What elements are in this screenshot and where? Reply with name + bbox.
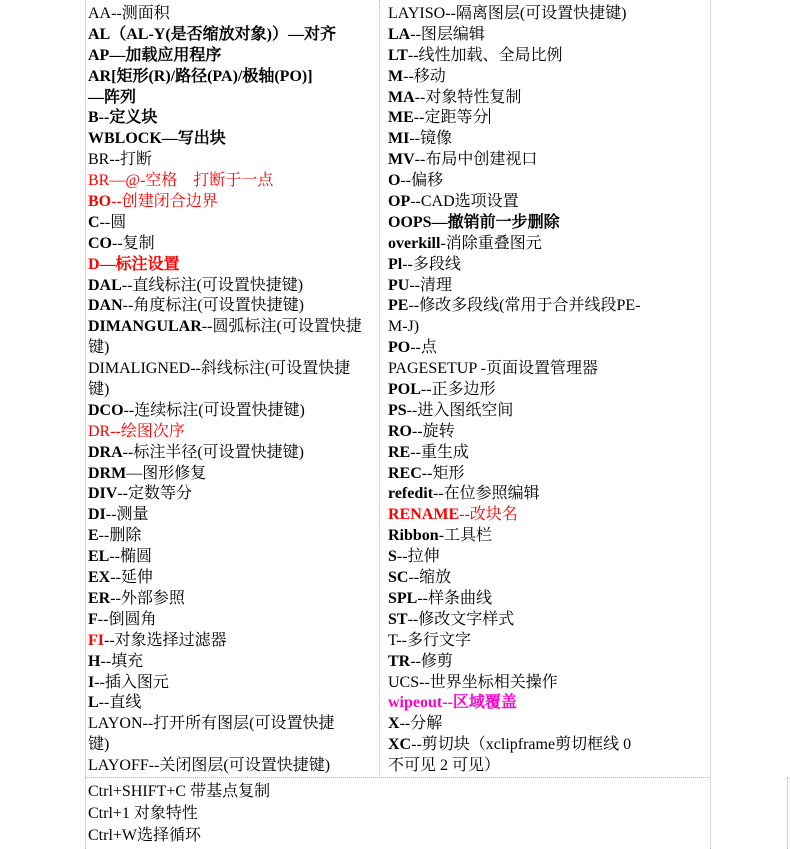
text-line: TR--修剪 xyxy=(388,652,708,673)
text-segment: DRA xyxy=(88,444,123,461)
text-segment: EX xyxy=(88,569,110,586)
table-border-left xyxy=(85,0,86,849)
text-segment: overkill xyxy=(388,235,440,252)
text-segment: --创建闭合边界 xyxy=(111,193,218,210)
text-segment: PE xyxy=(388,297,408,314)
text-segment: OP xyxy=(388,193,410,210)
text-segment: BR—@-空格 打断于一点 xyxy=(88,172,273,189)
text-segment: B xyxy=(88,109,99,126)
text-line: wipeout--区域覆盖 xyxy=(388,693,708,714)
text-line: PE--修改多段线(常用于合并线段PE- xyxy=(388,296,708,317)
text-line: WBLOCK—写出块 xyxy=(88,129,376,150)
text-segment: --测量 xyxy=(106,506,149,523)
text-segment: —图形修复 xyxy=(126,465,206,482)
text-segment: AL（AL-Y(是否缩放对象)）—对齐 xyxy=(88,26,336,43)
text-line: X--分解 xyxy=(388,714,708,735)
text-segment: PAGESETUP -页面设置管理器 xyxy=(388,360,598,377)
table-cell-right-main[interactable]: LAYISO--隔离图层(可设置快捷键)LA--图层编辑LT--线性加载、全局比… xyxy=(388,4,708,777)
text-segment: DIMANGULAR xyxy=(88,318,202,335)
text-segment: MV xyxy=(388,151,415,168)
text-segment: XC xyxy=(388,736,411,753)
text-line: OP--CAD选项设置 xyxy=(388,192,708,213)
text-segment: --圆 xyxy=(100,214,127,231)
text-segment: O xyxy=(388,172,400,189)
text-segment: DAL xyxy=(88,277,122,294)
text-segment: Ribbon xyxy=(388,527,439,544)
text-line: LT--线性加载、全局比例 xyxy=(388,46,708,67)
text-line: XC--剪切块（xclipframe剪切框线 0 xyxy=(388,735,708,756)
text-cursor xyxy=(489,108,490,124)
text-line: CO--复制 xyxy=(88,234,376,255)
text-segment: --删除 xyxy=(99,527,142,544)
text-segment: --CAD选项设置 xyxy=(410,193,518,210)
text-segment: DIMALIGNED--斜线标注(可设置快捷 xyxy=(88,360,350,377)
text-line: H--填充 xyxy=(88,652,376,673)
text-segment: --剪切块（xclipframe剪切框线 0 xyxy=(411,736,631,753)
text-segment: BO xyxy=(88,193,111,210)
text-segment: --直线标注(可设置快捷键) xyxy=(122,277,303,294)
text-line: L--直线 xyxy=(88,693,376,714)
text-segment: --直线 xyxy=(99,694,142,711)
table-border-right xyxy=(710,0,711,849)
table-row-divider xyxy=(85,777,710,778)
text-line: refedit--在位参照编辑 xyxy=(388,484,708,505)
text-segment: —撤销前一步删除 xyxy=(432,214,560,231)
text-segment: BR--打断 xyxy=(88,151,152,168)
text-segment: --进入图纸空间 xyxy=(407,402,514,419)
text-segment: F xyxy=(88,611,98,628)
text-segment: Ctrl+1 对象特性 xyxy=(88,805,198,822)
text-line: MV--布局中创建视口 xyxy=(388,150,708,171)
text-segment: refedit xyxy=(388,485,433,502)
text-line: SPL--样条曲线 xyxy=(388,589,708,610)
text-line: MI--镜像 xyxy=(388,129,708,150)
text-line: ST--修改文字样式 xyxy=(388,610,708,631)
text-line: DCO--连续标注(可设置快捷键) xyxy=(88,401,376,422)
text-line: M-J) xyxy=(388,317,708,338)
text-segment: WBLOCK xyxy=(88,130,162,147)
text-segment: LA xyxy=(388,26,410,43)
text-line: LAYOFF--关闭图层(可设置快捷键) xyxy=(88,756,376,777)
text-segment: --矩形 xyxy=(422,465,465,482)
table-cell-left-bottom[interactable]: Ctrl+SHIFT+C 带基点复制Ctrl+1 对象特性Ctrl+W选择循环 xyxy=(88,781,408,847)
text-segment: RO xyxy=(388,423,412,440)
text-segment: --改块名 xyxy=(459,506,518,523)
text-line: RE--重生成 xyxy=(388,443,708,464)
text-segment: Pl xyxy=(388,256,402,273)
text-segment: --修剪 xyxy=(410,653,453,670)
text-segment: --圆弧标注(可设置快捷 xyxy=(202,318,362,335)
text-segment: --旋转 xyxy=(412,423,455,440)
text-segment: C xyxy=(88,214,100,231)
text-line: DAN--角度标注(可设置快捷键) xyxy=(88,296,376,317)
text-segment: Ctrl+W选择循环 xyxy=(88,827,201,844)
text-line: EX--延伸 xyxy=(88,568,376,589)
text-line: LAYISO--隔离图层(可设置快捷键) xyxy=(388,4,708,25)
text-line: PS--进入图纸空间 xyxy=(388,401,708,422)
text-segment: --标注半径(可设置快捷键) xyxy=(123,444,304,461)
text-segment: --复制 xyxy=(112,235,155,252)
text-segment: --延伸 xyxy=(110,569,153,586)
text-segment: --对象特性复制 xyxy=(415,89,522,106)
text-segment: ER xyxy=(88,590,110,607)
text-segment: AP—加载应用程序 xyxy=(88,47,221,64)
text-segment: --清理 xyxy=(409,277,452,294)
text-segment: —阵列 xyxy=(88,89,136,106)
text-line: C--圆 xyxy=(88,213,376,234)
text-line: Pl--多段线 xyxy=(388,255,708,276)
text-segment: DCO xyxy=(88,402,124,419)
text-line: DI--测量 xyxy=(88,505,376,526)
text-segment: PS xyxy=(388,402,407,419)
text-segment: -消除重叠图元 xyxy=(440,235,541,252)
text-segment: --在位参照编辑 xyxy=(433,485,540,502)
text-segment: REC xyxy=(388,465,422,482)
text-segment: --偏移 xyxy=(400,172,443,189)
text-segment: DRM xyxy=(88,465,126,482)
text-line: 键) xyxy=(88,338,376,359)
text-line: BO--创建闭合边界 xyxy=(88,192,376,213)
text-segment: ST xyxy=(388,611,408,628)
text-segment: --正多边形 xyxy=(421,381,496,398)
text-segment: --线性加载、全局比例 xyxy=(408,47,563,64)
text-segment: wipeout xyxy=(388,694,442,711)
text-line: DRA--标注半径(可设置快捷键) xyxy=(88,443,376,464)
text-line: RO--旋转 xyxy=(388,422,708,443)
text-segment: --点 xyxy=(410,339,437,356)
text-line: E--删除 xyxy=(88,526,376,547)
text-segment: AR[矩形(R)/路径(PA)/极轴(PO)] xyxy=(88,68,313,85)
text-segment: DIV xyxy=(88,485,117,502)
text-segment: SPL xyxy=(388,590,417,607)
text-segment: RENAME xyxy=(388,506,459,523)
text-line: MA--对象特性复制 xyxy=(388,88,708,109)
text-segment: FI xyxy=(88,632,104,649)
text-line: DIMANGULAR--圆弧标注(可设置快捷 xyxy=(88,317,376,338)
text-line: AL（AL-Y(是否缩放对象)）—对齐 xyxy=(88,25,376,46)
text-line: T--多行文字 xyxy=(388,631,708,652)
text-line: BR—@-空格 打断于一点 xyxy=(88,171,376,192)
text-segment: -工具栏 xyxy=(439,527,492,544)
text-segment: MA xyxy=(388,89,415,106)
text-segment: DR--绘图次序 xyxy=(88,423,185,440)
text-line: Ctrl+SHIFT+C 带基点复制 xyxy=(88,781,408,803)
text-line: B--定义块 xyxy=(88,108,376,129)
text-segment: S xyxy=(388,548,397,565)
text-line: BR--打断 xyxy=(88,150,376,171)
text-segment: --椭圆 xyxy=(109,548,152,565)
text-segment: 不可见 2 可见） xyxy=(388,757,500,774)
text-segment: PU xyxy=(388,277,409,294)
text-segment: --连续标注(可设置快捷键) xyxy=(124,402,305,419)
text-line: —阵列 xyxy=(88,88,376,109)
text-line: SC--缩放 xyxy=(388,568,708,589)
text-line: AP—加载应用程序 xyxy=(88,46,376,67)
text-segment: PO xyxy=(388,339,410,356)
text-segment: Ctrl+SHIFT+C 带基点复制 xyxy=(88,783,270,800)
table-cell-left-main[interactable]: AA--测面积AL（AL-Y(是否缩放对象)）—对齐AP—加载应用程序AR[矩形… xyxy=(88,4,376,777)
text-line: I--插入图元 xyxy=(88,673,376,694)
text-segment: --填充 xyxy=(100,653,143,670)
table-border-middle xyxy=(379,0,380,778)
text-segment: --外部参照 xyxy=(110,590,185,607)
text-line: UCS--世界坐标相关操作 xyxy=(388,673,708,694)
text-segment: 键) xyxy=(88,339,109,356)
document-page: AA--测面积AL（AL-Y(是否缩放对象)）—对齐AP—加载应用程序AR[矩形… xyxy=(0,0,790,849)
text-line: PAGESETUP -页面设置管理器 xyxy=(388,359,708,380)
text-segment: LT xyxy=(388,47,408,64)
text-line: DIMALIGNED--斜线标注(可设置快捷 xyxy=(88,359,376,380)
text-line: EL--椭圆 xyxy=(88,547,376,568)
text-segment: RE xyxy=(388,444,410,461)
text-segment: --对象选择过滤器 xyxy=(104,632,227,649)
text-segment: AA--测面积 xyxy=(88,5,170,22)
text-line: LAYON--打开所有图层(可设置快捷 xyxy=(88,714,376,735)
text-segment: --移动 xyxy=(403,68,446,85)
text-line: LA--图层编辑 xyxy=(388,25,708,46)
text-line: O--偏移 xyxy=(388,171,708,192)
text-line: AR[矩形(R)/路径(PA)/极轴(PO)] xyxy=(88,67,376,88)
text-segment: --定义块 xyxy=(99,109,158,126)
text-line: FI--对象选择过滤器 xyxy=(88,631,376,652)
text-segment: --图层编辑 xyxy=(410,26,485,43)
text-segment: --布局中创建视口 xyxy=(415,151,538,168)
text-segment: --多段线 xyxy=(402,256,461,273)
text-line: Ctrl+W选择循环 xyxy=(88,825,408,847)
text-segment: --角度标注(可设置快捷键) xyxy=(123,297,304,314)
text-segment: --定数等分 xyxy=(117,485,192,502)
text-segment: 键) xyxy=(88,736,109,753)
text-line: PU--清理 xyxy=(388,276,708,297)
text-line: DR--绘图次序 xyxy=(88,422,376,443)
table-border-outer-right xyxy=(787,777,788,849)
text-segment: DAN xyxy=(88,297,123,314)
text-segment: --修改文字样式 xyxy=(408,611,515,628)
text-segment: --区域覆盖 xyxy=(442,694,517,711)
text-line: PO--点 xyxy=(388,338,708,359)
text-line: DAL--直线标注(可设置快捷键) xyxy=(88,276,376,297)
text-segment: POL xyxy=(388,381,421,398)
text-segment: DI xyxy=(88,506,106,523)
text-line: DIV--定数等分 xyxy=(88,484,376,505)
text-segment: LAYON--打开所有图层(可设置快捷 xyxy=(88,715,335,732)
text-line: DRM—图形修复 xyxy=(88,464,376,485)
text-line: D—标注设置 xyxy=(88,255,376,276)
text-segment: --镜像 xyxy=(409,130,452,147)
text-segment: MI xyxy=(388,130,409,147)
text-segment: OOPS xyxy=(388,214,432,231)
text-segment: TR xyxy=(388,653,410,670)
text-segment: --拉伸 xyxy=(397,548,440,565)
text-segment: H xyxy=(88,653,100,670)
text-segment: --修改多段线(常用于合并线段PE- xyxy=(408,297,640,314)
text-segment: E xyxy=(88,527,99,544)
text-line: 键) xyxy=(88,735,376,756)
text-segment: --分解 xyxy=(400,715,443,732)
text-segment: --插入图元 xyxy=(94,674,169,691)
text-line: REC--矩形 xyxy=(388,464,708,485)
text-segment: --样条曲线 xyxy=(417,590,492,607)
text-line: OOPS—撤销前一步删除 xyxy=(388,213,708,234)
text-segment: LAYISO--隔离图层(可设置快捷键) xyxy=(388,5,627,22)
text-segment: ME xyxy=(388,109,414,126)
text-line: S--拉伸 xyxy=(388,547,708,568)
text-line: 不可见 2 可见） xyxy=(388,756,708,777)
text-segment: --缩放 xyxy=(408,569,451,586)
text-segment: X xyxy=(388,715,400,732)
text-line: F--倒圆角 xyxy=(88,610,376,631)
text-segment: T--多行文字 xyxy=(388,632,471,649)
text-line: overkill-消除重叠图元 xyxy=(388,234,708,255)
text-line: RENAME--改块名 xyxy=(388,505,708,526)
text-segment: SC xyxy=(388,569,408,586)
text-line: M--移动 xyxy=(388,67,708,88)
text-segment: CO xyxy=(88,235,112,252)
text-line: ME--定距等分 xyxy=(388,108,708,129)
text-line: POL--正多边形 xyxy=(388,380,708,401)
text-line: 键) xyxy=(88,380,376,401)
text-segment: --定距等分 xyxy=(414,109,489,126)
text-segment: L xyxy=(88,694,99,711)
text-segment: 键) xyxy=(88,381,109,398)
text-line: Ctrl+1 对象特性 xyxy=(88,803,408,825)
text-segment: M xyxy=(388,68,403,85)
text-segment: --重生成 xyxy=(410,444,469,461)
text-line: AA--测面积 xyxy=(88,4,376,25)
text-segment: LAYOFF--关闭图层(可设置快捷键) xyxy=(88,757,330,774)
text-line: ER--外部参照 xyxy=(88,589,376,610)
text-segment: D—标注设置 xyxy=(88,256,180,273)
text-segment: --倒圆角 xyxy=(98,611,157,628)
text-line: Ribbon-工具栏 xyxy=(388,526,708,547)
text-segment: —写出块 xyxy=(162,130,226,147)
text-segment: EL xyxy=(88,548,109,565)
text-segment: UCS--世界坐标相关操作 xyxy=(388,674,558,691)
text-segment: M-J) xyxy=(388,318,419,335)
